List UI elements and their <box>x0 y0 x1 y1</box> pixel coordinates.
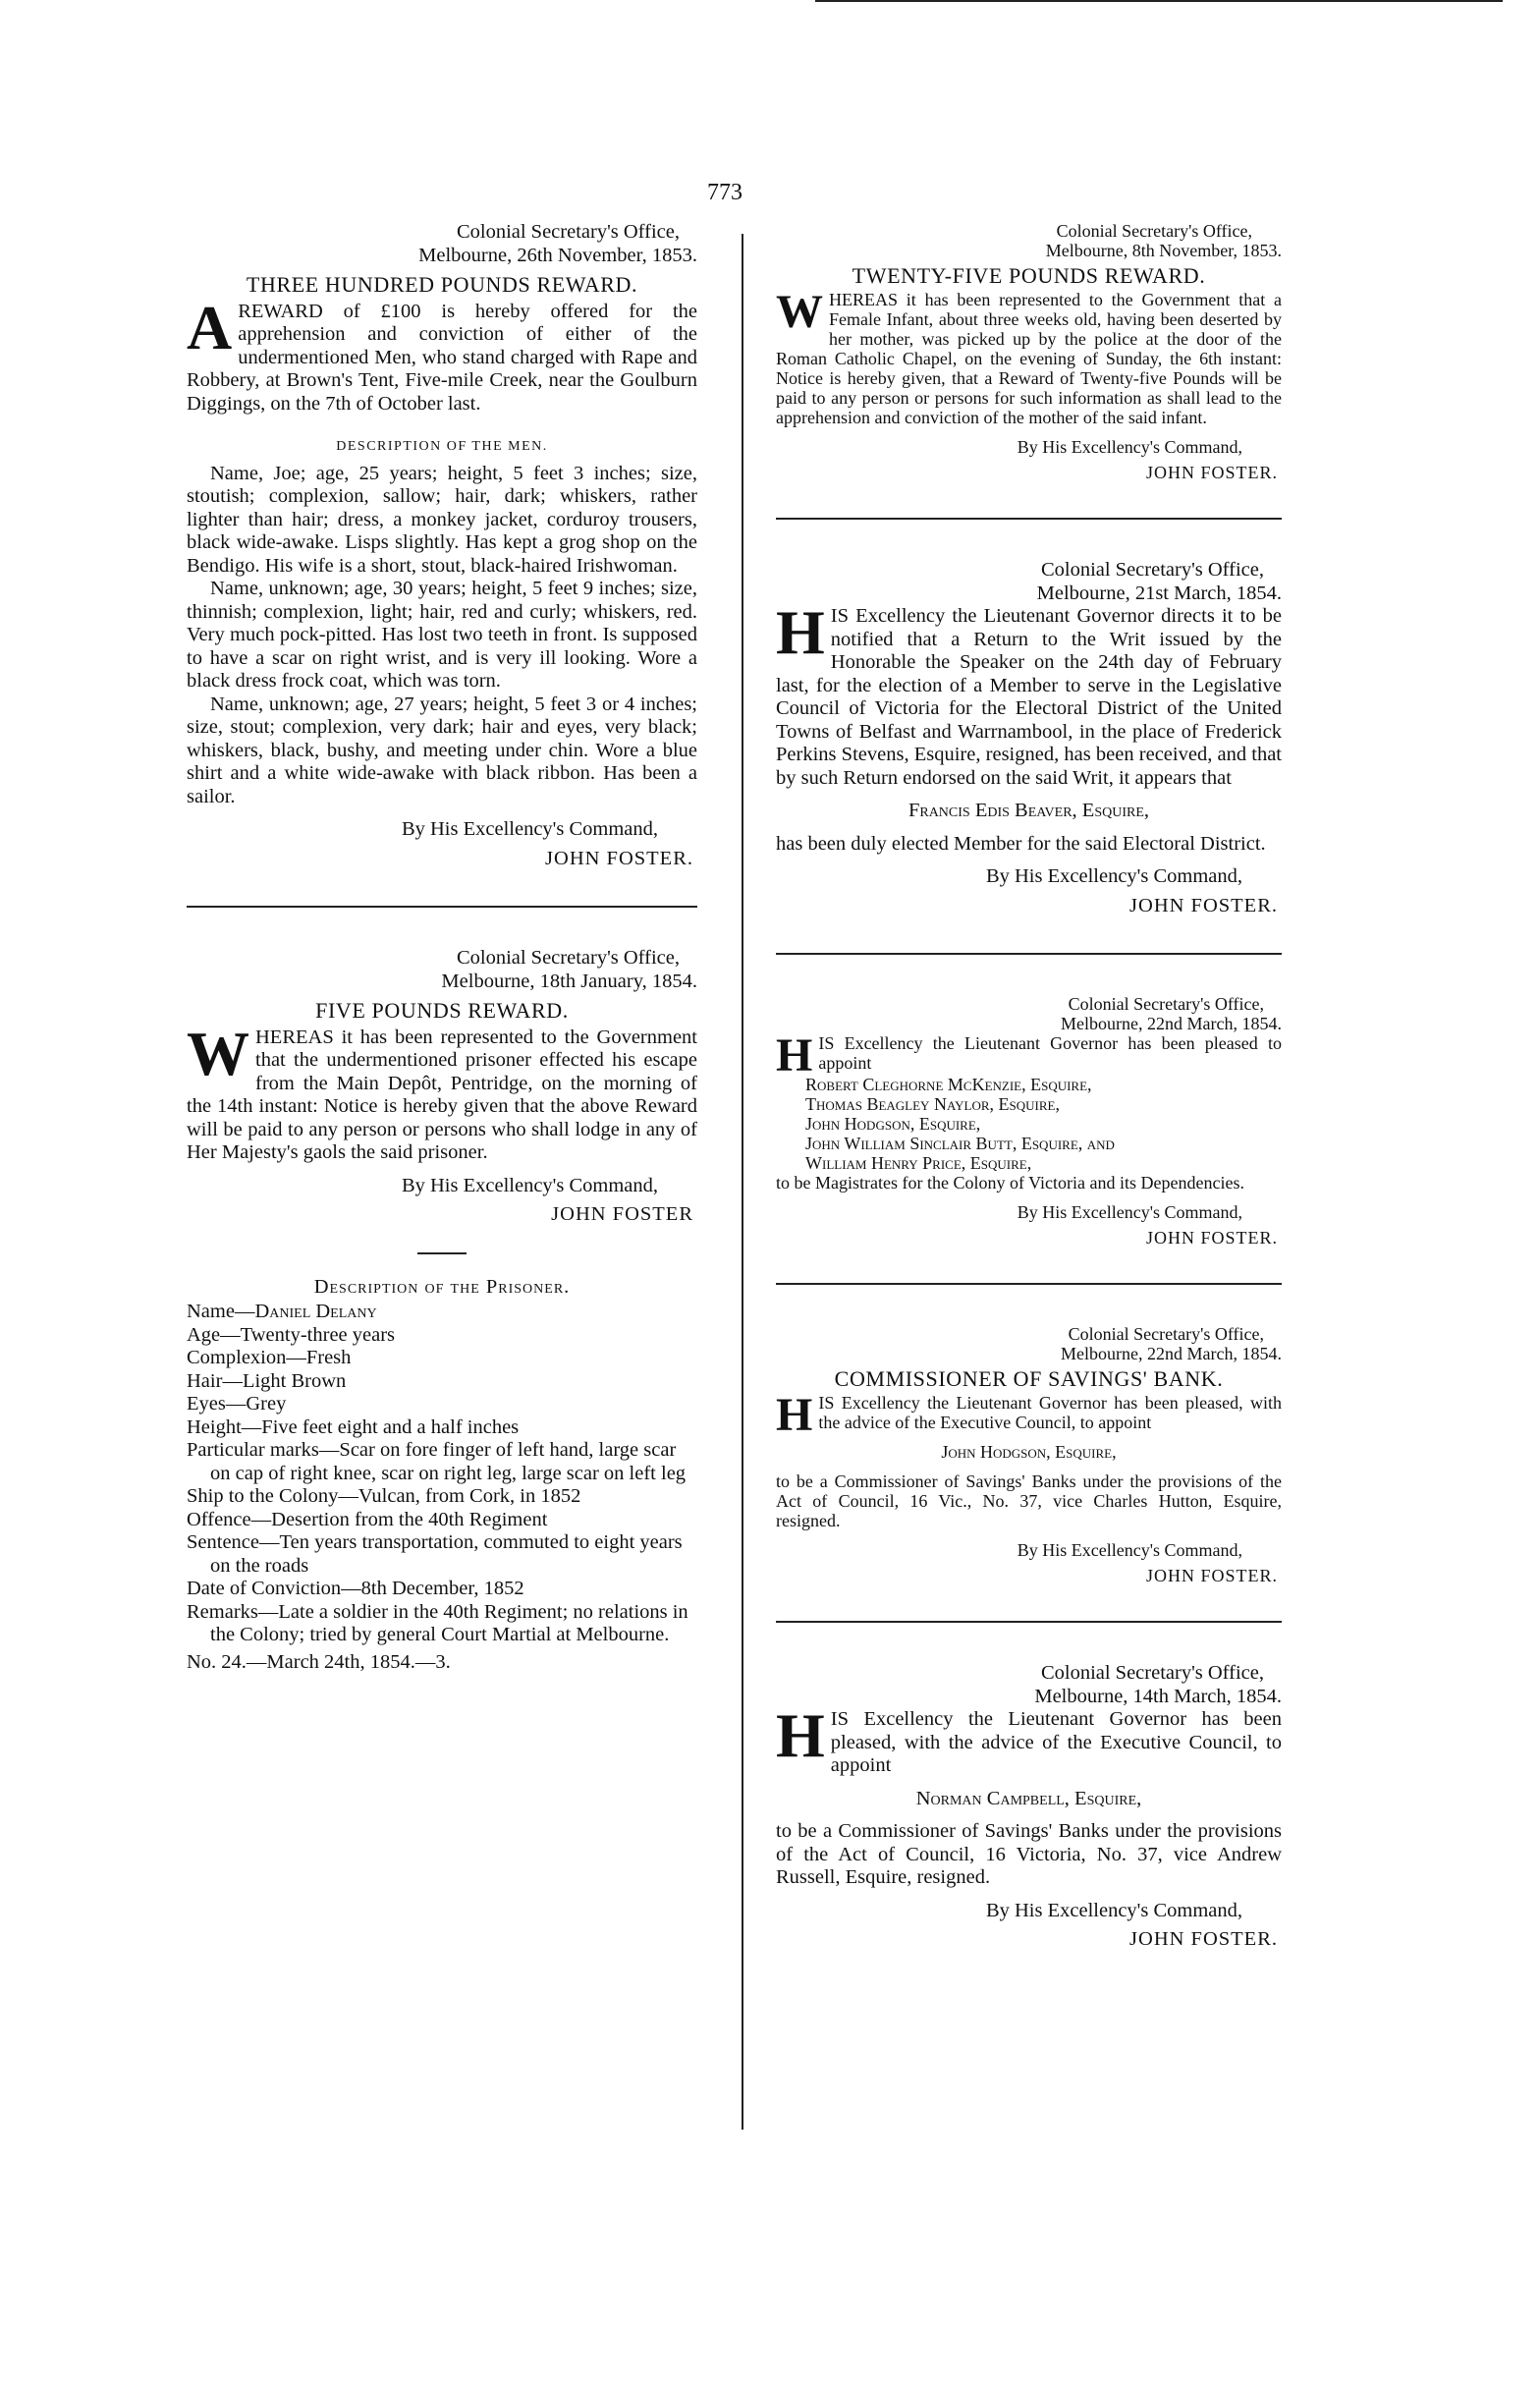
body-text: IS Excellency the Lieutenant Governor di… <box>776 605 1282 789</box>
notice-body: HIS Excellency the Lieutenant Governor h… <box>776 1393 1282 1432</box>
description-row: Height—Five feet eight and a half inches <box>187 1416 697 1440</box>
right-column: Colonial Secretary's Office, Melbourne, … <box>776 221 1282 1970</box>
notice-body: A REWARD of £100 is hereby offered for t… <box>187 301 697 416</box>
closing-text: to be a Commissioner of Savings' Banks u… <box>776 1820 1282 1890</box>
description-row: Age—Twenty-three years <box>187 1324 697 1348</box>
command-line: By His Excellency's Command, <box>187 818 697 842</box>
notice-body: WHEREAS it has been represented to the G… <box>776 290 1282 427</box>
notice-savings-bank-commissioner-2: Colonial Secretary's Office, Melbourne, … <box>776 1662 1282 1952</box>
body-text: IS Excellency the Lieutenant Governor ha… <box>831 1708 1282 1776</box>
notice-body: HIS Excellency the Lieutenant Governor h… <box>776 1708 1282 1778</box>
description-row: Name—Daniel Delany <box>187 1301 697 1324</box>
appointee: Norman Campbell, Esquire, <box>776 1788 1282 1811</box>
description-row: Particular marks—Scar on fore finger of … <box>187 1439 697 1485</box>
date-line: Melbourne, 8th November, 1853. <box>776 241 1282 260</box>
office-line: Colonial Secretary's Office, <box>187 947 697 971</box>
drop-cap: W <box>776 294 823 331</box>
notice-magistrates: Colonial Secretary's Office, Melbourne, … <box>776 994 1282 1248</box>
top-edge-rule <box>815 0 1503 2</box>
appointee: John William Sinclair Butt, Esquire, and <box>776 1134 1282 1153</box>
date-line: Melbourne, 26th November, 1853. <box>187 245 697 268</box>
drop-cap: H <box>776 1037 812 1075</box>
command-line: By His Excellency's Command, <box>776 865 1282 889</box>
office-line: Colonial Secretary's Office, <box>776 1324 1282 1344</box>
section-divider <box>776 1621 1282 1623</box>
date-line: Melbourne, 22nd March, 1854. <box>776 1014 1282 1033</box>
body-text: REWARD of £100 is hereby offered for the… <box>187 301 697 415</box>
drop-cap: A <box>187 305 232 352</box>
description-row: Hair—Light Brown <box>187 1370 697 1394</box>
office-line: Colonial Secretary's Office, <box>776 221 1282 241</box>
description-row: Eyes—Grey <box>187 1393 697 1416</box>
signature: JOHN FOSTER. <box>776 1928 1282 1952</box>
body-text: HEREAS it has been represented to the Go… <box>187 1027 697 1164</box>
description-row: Ship to the Colony—Vulcan, from Cork, in… <box>187 1485 697 1509</box>
signature: JOHN FOSTER. <box>776 1228 1282 1248</box>
elected-member: Francis Edis Beaver, Esquire, <box>776 800 1282 823</box>
page-number: 773 <box>707 180 742 206</box>
drop-cap: W <box>187 1030 249 1078</box>
section-subheading: Description of the Prisoner. <box>187 1276 697 1300</box>
description-entry: Name, unknown; age, 27 years; height, 5 … <box>187 694 697 809</box>
command-line: By His Excellency's Command, <box>776 1202 1282 1222</box>
notice-body: HIS Excellency the Lieutenant Governor d… <box>776 605 1282 790</box>
column-divider <box>742 234 743 2130</box>
date-line: Melbourne, 22nd March, 1854. <box>776 1344 1282 1363</box>
date-line: Melbourne, 21st March, 1854. <box>776 583 1282 606</box>
left-column: Colonial Secretary's Office, Melbourne, … <box>187 221 697 1692</box>
command-line: By His Excellency's Command, <box>776 1900 1282 1923</box>
date-line: Melbourne, 18th January, 1854. <box>187 971 697 994</box>
body-text: IS Excellency the Lieutenant Governor ha… <box>818 1393 1282 1432</box>
prisoner-description: Name—Daniel Delany Age—Twenty-three year… <box>187 1301 697 1647</box>
notice-election-return: Colonial Secretary's Office, Melbourne, … <box>776 559 1282 917</box>
notice-twenty-five-pounds-reward: Colonial Secretary's Office, Melbourne, … <box>776 221 1282 482</box>
description-row: Remarks—Late a soldier in the 40th Regim… <box>187 1601 697 1647</box>
signature: JOHN FOSTER. <box>776 895 1282 918</box>
description-row: Sentence—Ten years transportation, commu… <box>187 1531 697 1578</box>
drop-cap: H <box>776 1712 825 1759</box>
description-row: Offence—Desertion from the 40th Regiment <box>187 1509 697 1532</box>
section-divider <box>776 953 1282 955</box>
command-line: By His Excellency's Command, <box>187 1175 697 1198</box>
notice-title: TWENTY-FIVE POUNDS REWARD. <box>776 266 1282 286</box>
office-line: Colonial Secretary's Office, <box>187 221 697 245</box>
description-row: Date of Conviction—8th December, 1852 <box>187 1578 697 1601</box>
notice-title: FIVE POUNDS REWARD. <box>187 999 697 1023</box>
section-divider <box>187 906 697 908</box>
signature: JOHN FOSTER <box>187 1203 697 1227</box>
appointee: William Henry Price, Esquire, <box>776 1153 1282 1173</box>
issue-footer: No. 24.—March 24th, 1854.—3. <box>187 1651 697 1675</box>
signature: JOHN FOSTER. <box>187 848 697 871</box>
notice-five-pounds-reward: Colonial Secretary's Office, Melbourne, … <box>187 947 697 1674</box>
section-divider <box>776 518 1282 520</box>
body-text: IS Excellency the Lieutenant Governor ha… <box>818 1033 1282 1073</box>
appointee: John Hodgson, Esquire, <box>776 1442 1282 1462</box>
drop-cap: H <box>776 609 825 656</box>
notice-body: HIS Excellency the Lieutenant Governor h… <box>776 1033 1282 1073</box>
notice-three-hundred-pounds-reward: Colonial Secretary's Office, Melbourne, … <box>187 221 697 870</box>
description-entry: Name, Joe; age, 25 years; height, 5 feet… <box>187 463 697 579</box>
notice-savings-bank-commissioner: Colonial Secretary's Office, Melbourne, … <box>776 1324 1282 1585</box>
office-line: Colonial Secretary's Office, <box>776 1662 1282 1686</box>
appointee: Robert Cleghorne McKenzie, Esquire, <box>776 1075 1282 1094</box>
closing-text: to be Magistrates for the Colony of Vict… <box>776 1173 1282 1193</box>
drop-cap: H <box>776 1397 812 1434</box>
signature: JOHN FOSTER. <box>776 463 1282 482</box>
closing-text: has been duly elected Member for the sai… <box>776 833 1282 857</box>
signature: JOHN FOSTER. <box>776 1566 1282 1585</box>
notice-title: THREE HUNDRED POUNDS REWARD. <box>187 273 697 297</box>
section-subheading: DESCRIPTION OF THE MEN. <box>187 435 697 459</box>
office-line: Colonial Secretary's Office, <box>776 559 1282 583</box>
short-divider <box>417 1252 467 1254</box>
closing-text: to be a Commissioner of Savings' Banks u… <box>776 1471 1282 1530</box>
body-text: HEREAS it has been represented to the Go… <box>776 290 1282 427</box>
appointee: John Hodgson, Esquire, <box>776 1114 1282 1134</box>
command-line: By His Excellency's Command, <box>776 437 1282 457</box>
description-row: Complexion—Fresh <box>187 1347 697 1370</box>
office-line: Colonial Secretary's Office, <box>776 994 1282 1014</box>
descriptions: Name, Joe; age, 25 years; height, 5 feet… <box>187 463 697 809</box>
date-line: Melbourne, 14th March, 1854. <box>776 1686 1282 1709</box>
description-entry: Name, unknown; age, 30 years; height, 5 … <box>187 578 697 694</box>
notice-body: WHEREAS it has been represented to the G… <box>187 1027 697 1165</box>
section-divider <box>776 1283 1282 1285</box>
appointee: Thomas Beagley Naylor, Esquire, <box>776 1094 1282 1114</box>
notice-title: COMMISSIONER OF SAVINGS' BANK. <box>776 1369 1282 1389</box>
command-line: By His Excellency's Command, <box>776 1540 1282 1560</box>
